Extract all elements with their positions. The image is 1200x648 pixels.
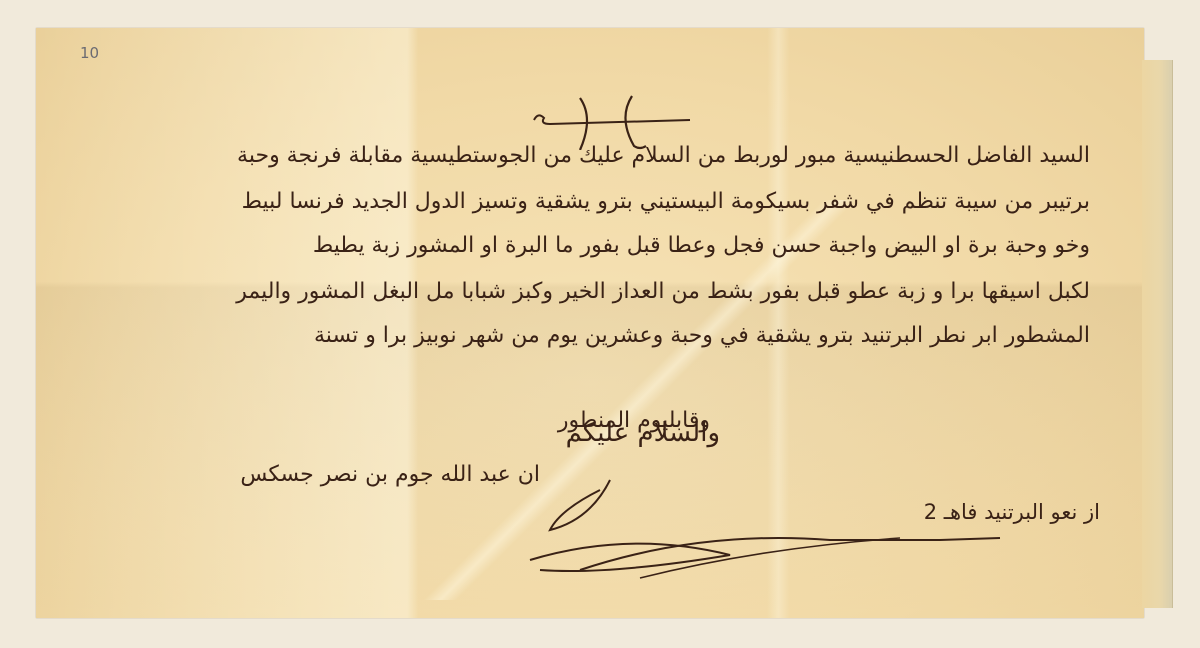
page-number: 10 xyxy=(80,44,99,62)
paper-folded-edge xyxy=(1142,60,1173,608)
closing-greeting: والسلام عليكم xyxy=(300,418,720,448)
letter-line-1: السيد الفاضل الحسطنيسية مبور لوربط من ال… xyxy=(90,143,1090,168)
signature-flourish-icon xyxy=(520,470,1040,600)
invocation-symbol-icon xyxy=(520,90,700,150)
letter-line-3: وخو وحبة برة او البيض واجبة حسن فجل وعطا… xyxy=(90,233,1090,258)
letter-line-2: برتيبر من سيبة تنظم في شفر بسيكومة البيس… xyxy=(90,189,1090,214)
letter-line-4: لكبل اسيقها برا و زبة عطو قبل بفور بشط م… xyxy=(90,279,1090,304)
letter-line-5: المشطور ابر نطر البرتنيد بترو يشقية في و… xyxy=(90,323,1090,348)
sender-line: ان عبد الله جوم بن نصر جسكس xyxy=(40,462,540,487)
